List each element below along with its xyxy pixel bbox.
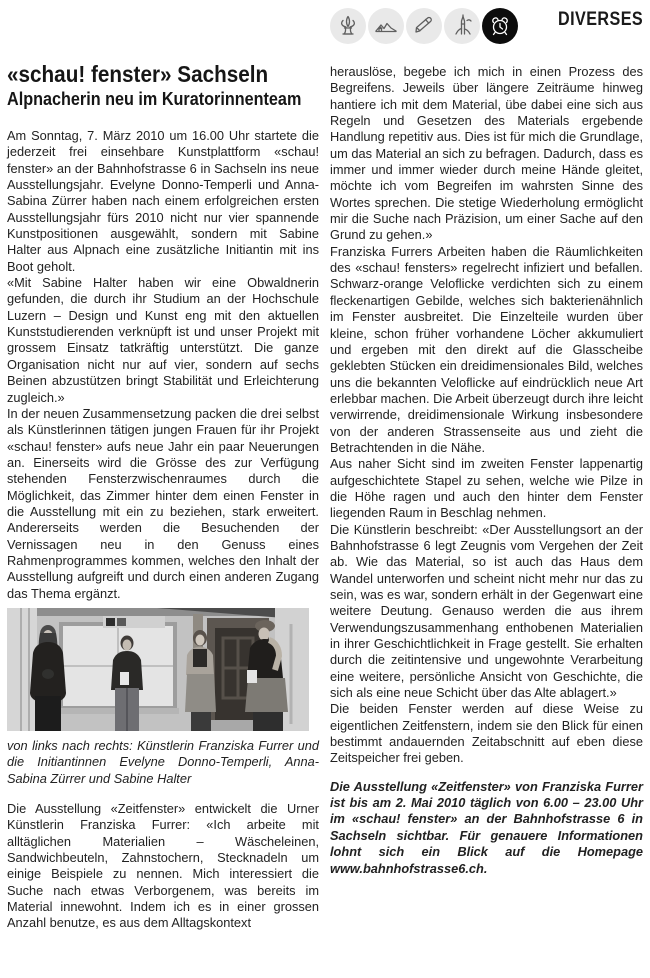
article-photo: [7, 608, 309, 731]
article-title: «schau! fenster» Sachseln: [7, 61, 327, 87]
exhibition-info-paragraph: Die Ausstellung «Zeitfenster» von Franzi…: [330, 779, 643, 877]
church-tower-icon: [444, 8, 480, 44]
article-header: «schau! fenster» Sachseln Alpnacherin ne…: [7, 61, 327, 110]
body-paragraph: Aus naher Sicht sind im zweiten Fenster …: [330, 456, 643, 521]
body-paragraph: Am Sonntag, 7. März 2010 um 16.00 Uhr st…: [7, 128, 319, 275]
magazine-page: DIVERSES «schau! fenster» Sachseln Alpna…: [0, 0, 650, 978]
body-paragraph: «Mit Sabine Halter haben wir eine Obwald…: [7, 275, 319, 406]
right-column: herauslöse, begebe ich mich in einen Pro…: [330, 64, 643, 877]
mountains-icon: [368, 8, 404, 44]
photo-illustration: [7, 608, 309, 731]
category-icon-row: [330, 8, 518, 44]
alarm-clock-icon: [482, 8, 518, 44]
body-paragraph: Die Ausstellung «Zeitfenster» entwickelt…: [7, 801, 319, 932]
body-paragraph: Die beiden Fenster werden auf diese Weis…: [330, 701, 643, 766]
article-subtitle: Alpnacherin neu im Kuratorinnenteam: [7, 89, 327, 110]
fleur-de-lis-icon: [330, 8, 366, 44]
section-label: DIVERSES: [558, 9, 643, 31]
photo-caption: von links nach rechts: Künstlerin Franzi…: [7, 738, 319, 787]
body-paragraph: Die Künstlerin beschreibt: «Der Ausstell…: [330, 522, 643, 702]
body-paragraph: herauslöse, begebe ich mich in einen Pro…: [330, 64, 643, 244]
left-column: Am Sonntag, 7. März 2010 um 16.00 Uhr st…: [7, 128, 319, 932]
body-paragraph: Franziska Furrers Arbeiten haben die Räu…: [330, 244, 643, 456]
pencil-icon: [406, 8, 442, 44]
body-paragraph: In der neuen Zusammensetzung packen die …: [7, 406, 319, 602]
